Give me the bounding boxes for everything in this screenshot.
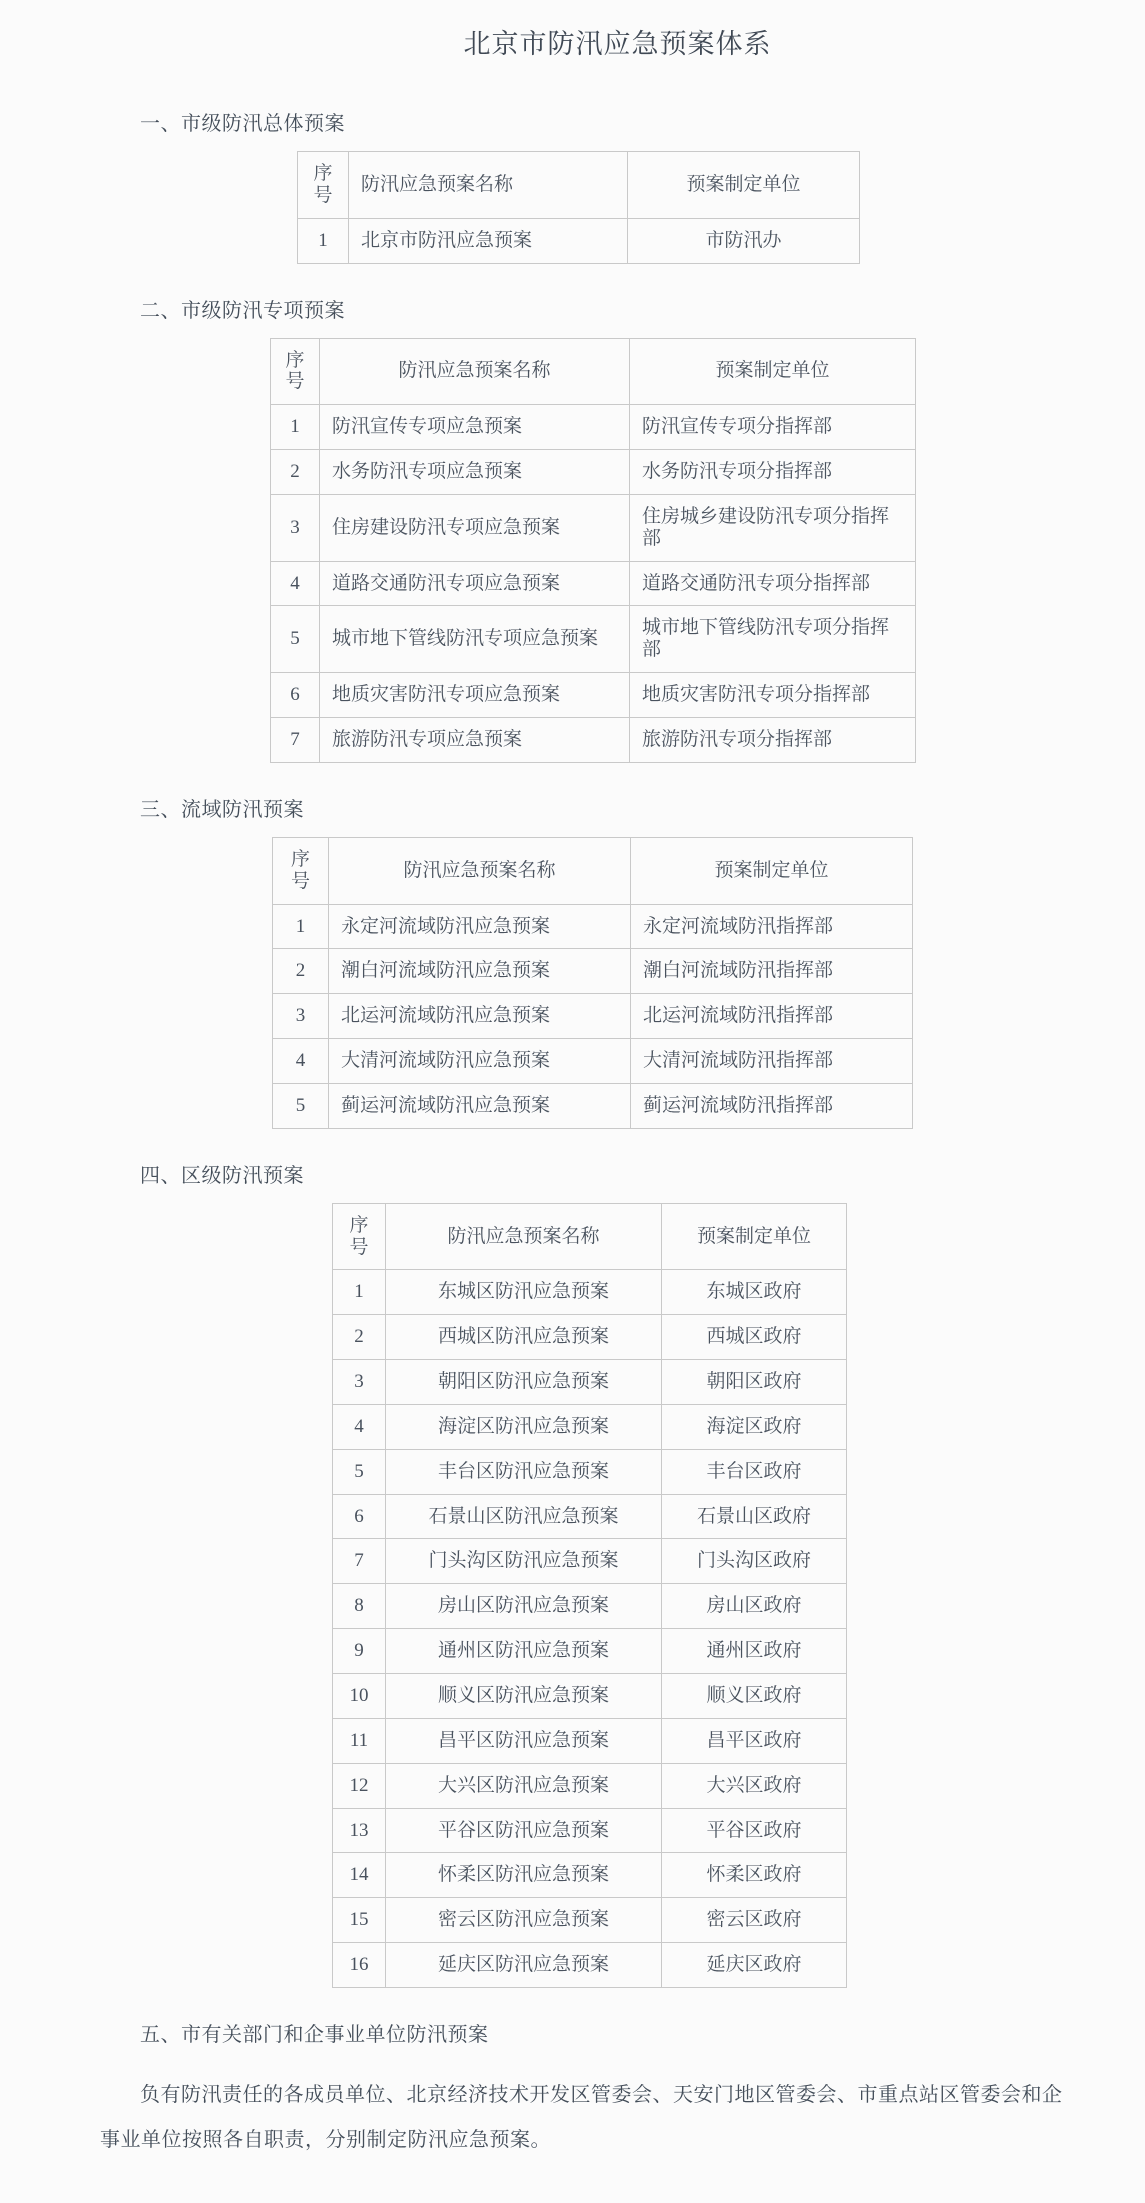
table-row: 3北运河流域防汛应急预案北运河流域防汛指挥部 <box>273 994 913 1039</box>
serial-number-cell: 11 <box>333 1718 386 1763</box>
section-heading-watershed: 三、流域防汛预案 <box>140 793 1095 822</box>
plan-name-cell: 大清河流域防汛应急预案 <box>329 1039 631 1084</box>
plan-name-cell: 城市地下管线防汛专项应急预案 <box>320 606 630 673</box>
table-row: 7门头沟区防汛应急预案门头沟区政府 <box>333 1539 847 1584</box>
issuing-unit-cell: 东城区政府 <box>662 1270 847 1315</box>
table-row: 15密云区防汛应急预案密云区政府 <box>333 1898 847 1943</box>
plan-name-cell: 密云区防汛应急预案 <box>386 1898 662 1943</box>
plan-name-cell: 昌平区防汛应急预案 <box>386 1718 662 1763</box>
serial-number-cell: 3 <box>273 994 329 1039</box>
issuing-unit-cell: 住房城乡建设防汛专项分指挥部 <box>630 494 916 561</box>
issuing-unit-cell: 大清河流域防汛指挥部 <box>631 1039 913 1084</box>
issuing-unit-cell: 潮白河流域防汛指挥部 <box>631 949 913 994</box>
table-row: 2潮白河流域防汛应急预案潮白河流域防汛指挥部 <box>273 949 913 994</box>
table-header-row: 序号防汛应急预案名称预案制定单位 <box>298 152 860 219</box>
watershed-plan-table: 序号防汛应急预案名称预案制定单位1永定河流域防汛应急预案永定河流域防汛指挥部2潮… <box>272 837 913 1129</box>
column-header-plan-name-cell: 防汛应急预案名称 <box>320 338 630 405</box>
table-row: 1北京市防汛应急预案市防汛办 <box>298 218 860 263</box>
plan-name-cell: 住房建设防汛专项应急预案 <box>320 494 630 561</box>
column-header-plan-name-cell: 防汛应急预案名称 <box>329 837 631 904</box>
plan-name-cell: 朝阳区防汛应急预案 <box>386 1360 662 1405</box>
plan-name-cell: 平谷区防汛应急预案 <box>386 1808 662 1853</box>
plan-name-cell: 门头沟区防汛应急预案 <box>386 1539 662 1584</box>
municipal-overall-plan-table: 序号防汛应急预案名称预案制定单位1北京市防汛应急预案市防汛办 <box>297 151 860 264</box>
table-row: 2西城区防汛应急预案西城区政府 <box>333 1315 847 1360</box>
municipal-special-plan-table: 序号防汛应急预案名称预案制定单位1防汛宣传专项应急预案防汛宣传专项分指挥部2水务… <box>270 338 916 763</box>
plan-name-cell: 房山区防汛应急预案 <box>386 1584 662 1629</box>
table-header-row: 序号防汛应急预案名称预案制定单位 <box>333 1203 847 1270</box>
serial-number-cell: 5 <box>273 1083 329 1128</box>
closing-paragraph: 负有防汛责任的各成员单位、北京经济技术开发区管委会、天安门地区管委会、市重点站区… <box>100 2073 1067 2163</box>
issuing-unit-cell: 道路交通防汛专项分指挥部 <box>630 561 916 606</box>
serial-number-cell: 2 <box>273 949 329 994</box>
serial-number-cell: 5 <box>333 1449 386 1494</box>
issuing-unit-cell: 水务防汛专项分指挥部 <box>630 450 916 495</box>
section-departments: 五、市有关部门和企事业单位防汛预案 负有防汛责任的各成员单位、北京经济技术开发区… <box>100 2018 1095 2163</box>
table-row: 16延庆区防汛应急预案延庆区政府 <box>333 1943 847 1988</box>
issuing-unit-cell: 丰台区政府 <box>662 1449 847 1494</box>
issuing-unit-cell: 朝阳区政府 <box>662 1360 847 1405</box>
section-heading-departments: 五、市有关部门和企事业单位防汛预案 <box>140 2018 1095 2047</box>
serial-number-cell: 1 <box>333 1270 386 1315</box>
issuing-unit-cell: 海淀区政府 <box>662 1404 847 1449</box>
table-row: 1防汛宣传专项应急预案防汛宣传专项分指挥部 <box>271 405 916 450</box>
issuing-unit-cell: 昌平区政府 <box>662 1718 847 1763</box>
serial-number-cell: 8 <box>333 1584 386 1629</box>
table-row: 1东城区防汛应急预案东城区政府 <box>333 1270 847 1315</box>
issuing-unit-cell: 门头沟区政府 <box>662 1539 847 1584</box>
serial-number-cell: 4 <box>273 1039 329 1084</box>
plan-name-cell: 怀柔区防汛应急预案 <box>386 1853 662 1898</box>
issuing-unit-cell: 房山区政府 <box>662 1584 847 1629</box>
serial-number-cell: 15 <box>333 1898 386 1943</box>
column-header-issuing-unit-cell: 预案制定单位 <box>631 837 913 904</box>
table-row: 3朝阳区防汛应急预案朝阳区政府 <box>333 1360 847 1405</box>
issuing-unit-cell: 通州区政府 <box>662 1629 847 1674</box>
plan-name-cell: 永定河流域防汛应急预案 <box>329 904 631 949</box>
issuing-unit-cell: 防汛宣传专项分指挥部 <box>630 405 916 450</box>
plan-name-cell: 蓟运河流域防汛应急预案 <box>329 1083 631 1128</box>
serial-number-cell: 3 <box>333 1360 386 1405</box>
column-header-serial-number-cell: 序号 <box>273 837 329 904</box>
table-row: 4海淀区防汛应急预案海淀区政府 <box>333 1404 847 1449</box>
plan-name-cell: 北运河流域防汛应急预案 <box>329 994 631 1039</box>
issuing-unit-cell: 石景山区政府 <box>662 1494 847 1539</box>
section-heading-municipal-overall: 一、市级防汛总体预案 <box>140 107 1095 136</box>
table-row: 3住房建设防汛专项应急预案住房城乡建设防汛专项分指挥部 <box>271 494 916 561</box>
table-row: 4大清河流域防汛应急预案大清河流域防汛指挥部 <box>273 1039 913 1084</box>
issuing-unit-cell: 蓟运河流域防汛指挥部 <box>631 1083 913 1128</box>
issuing-unit-cell: 城市地下管线防汛专项分指挥部 <box>630 606 916 673</box>
issuing-unit-cell: 平谷区政府 <box>662 1808 847 1853</box>
section-heading-municipal-special: 二、市级防汛专项预案 <box>140 294 1095 323</box>
plan-name-cell: 道路交通防汛专项应急预案 <box>320 561 630 606</box>
page-title: 北京市防汛应急预案体系 <box>140 22 1095 61</box>
plan-name-cell: 延庆区防汛应急预案 <box>386 1943 662 1988</box>
column-header-serial-number-cell: 序号 <box>298 152 349 219</box>
column-header-plan-name-cell: 防汛应急预案名称 <box>349 152 628 219</box>
table-row: 5蓟运河流域防汛应急预案蓟运河流域防汛指挥部 <box>273 1083 913 1128</box>
plan-name-cell: 顺义区防汛应急预案 <box>386 1674 662 1719</box>
plan-name-cell: 水务防汛专项应急预案 <box>320 450 630 495</box>
serial-number-cell: 12 <box>333 1763 386 1808</box>
column-header-plan-name-cell: 防汛应急预案名称 <box>386 1203 662 1270</box>
table-row: 4道路交通防汛专项应急预案道路交通防汛专项分指挥部 <box>271 561 916 606</box>
serial-number-cell: 10 <box>333 1674 386 1719</box>
issuing-unit-cell: 怀柔区政府 <box>662 1853 847 1898</box>
document-page: 北京市防汛应急预案体系 一、市级防汛总体预案 序号防汛应急预案名称预案制定单位1… <box>0 0 1145 2203</box>
issuing-unit-cell: 永定河流域防汛指挥部 <box>631 904 913 949</box>
serial-number-cell: 2 <box>271 450 320 495</box>
table-row: 9通州区防汛应急预案通州区政府 <box>333 1629 847 1674</box>
plan-name-cell: 防汛宣传专项应急预案 <box>320 405 630 450</box>
table-header-row: 序号防汛应急预案名称预案制定单位 <box>271 338 916 405</box>
table-row: 6地质灾害防汛专项应急预案地质灾害防汛专项分指挥部 <box>271 673 916 718</box>
plan-name-cell: 东城区防汛应急预案 <box>386 1270 662 1315</box>
section-municipal-overall: 一、市级防汛总体预案 序号防汛应急预案名称预案制定单位1北京市防汛应急预案市防汛… <box>100 107 1095 264</box>
section-district: 四、区级防汛预案 序号防汛应急预案名称预案制定单位1东城区防汛应急预案东城区政府… <box>100 1159 1095 1988</box>
district-plan-table: 序号防汛应急预案名称预案制定单位1东城区防汛应急预案东城区政府2西城区防汛应急预… <box>332 1203 847 1988</box>
serial-number-cell: 6 <box>271 673 320 718</box>
serial-number-cell: 1 <box>273 904 329 949</box>
serial-number-cell: 1 <box>271 405 320 450</box>
serial-number-cell: 14 <box>333 1853 386 1898</box>
issuing-unit-cell: 延庆区政府 <box>662 1943 847 1988</box>
issuing-unit-cell: 密云区政府 <box>662 1898 847 1943</box>
serial-number-cell: 6 <box>333 1494 386 1539</box>
column-header-serial-number-cell: 序号 <box>271 338 320 405</box>
table-row: 7旅游防汛专项应急预案旅游防汛专项分指挥部 <box>271 717 916 762</box>
plan-name-cell: 地质灾害防汛专项应急预案 <box>320 673 630 718</box>
table-row: 1永定河流域防汛应急预案永定河流域防汛指挥部 <box>273 904 913 949</box>
issuing-unit-cell: 市防汛办 <box>628 218 860 263</box>
serial-number-cell: 3 <box>271 494 320 561</box>
column-header-serial-number-cell: 序号 <box>333 1203 386 1270</box>
table-header-row: 序号防汛应急预案名称预案制定单位 <box>273 837 913 904</box>
serial-number-cell: 7 <box>271 717 320 762</box>
table-row: 8房山区防汛应急预案房山区政府 <box>333 1584 847 1629</box>
plan-name-cell: 石景山区防汛应急预案 <box>386 1494 662 1539</box>
serial-number-cell: 5 <box>271 606 320 673</box>
plan-name-cell: 海淀区防汛应急预案 <box>386 1404 662 1449</box>
table-row: 11昌平区防汛应急预案昌平区政府 <box>333 1718 847 1763</box>
table-row: 5丰台区防汛应急预案丰台区政府 <box>333 1449 847 1494</box>
serial-number-cell: 1 <box>298 218 349 263</box>
issuing-unit-cell: 顺义区政府 <box>662 1674 847 1719</box>
table-row: 12大兴区防汛应急预案大兴区政府 <box>333 1763 847 1808</box>
section-heading-district: 四、区级防汛预案 <box>140 1159 1095 1188</box>
table-row: 14怀柔区防汛应急预案怀柔区政府 <box>333 1853 847 1898</box>
issuing-unit-cell: 地质灾害防汛专项分指挥部 <box>630 673 916 718</box>
table-row: 13平谷区防汛应急预案平谷区政府 <box>333 1808 847 1853</box>
plan-name-cell: 通州区防汛应急预案 <box>386 1629 662 1674</box>
table-row: 10顺义区防汛应急预案顺义区政府 <box>333 1674 847 1719</box>
section-municipal-special: 二、市级防汛专项预案 序号防汛应急预案名称预案制定单位1防汛宣传专项应急预案防汛… <box>100 294 1095 763</box>
issuing-unit-cell: 大兴区政府 <box>662 1763 847 1808</box>
serial-number-cell: 13 <box>333 1808 386 1853</box>
column-header-issuing-unit-cell: 预案制定单位 <box>630 338 916 405</box>
column-header-issuing-unit-cell: 预案制定单位 <box>662 1203 847 1270</box>
serial-number-cell: 4 <box>271 561 320 606</box>
serial-number-cell: 16 <box>333 1943 386 1988</box>
serial-number-cell: 7 <box>333 1539 386 1584</box>
table-row: 2水务防汛专项应急预案水务防汛专项分指挥部 <box>271 450 916 495</box>
issuing-unit-cell: 北运河流域防汛指挥部 <box>631 994 913 1039</box>
issuing-unit-cell: 旅游防汛专项分指挥部 <box>630 717 916 762</box>
serial-number-cell: 9 <box>333 1629 386 1674</box>
section-watershed: 三、流域防汛预案 序号防汛应急预案名称预案制定单位1永定河流域防汛应急预案永定河… <box>100 793 1095 1129</box>
plan-name-cell: 丰台区防汛应急预案 <box>386 1449 662 1494</box>
serial-number-cell: 2 <box>333 1315 386 1360</box>
plan-name-cell: 北京市防汛应急预案 <box>349 218 628 263</box>
serial-number-cell: 4 <box>333 1404 386 1449</box>
plan-name-cell: 潮白河流域防汛应急预案 <box>329 949 631 994</box>
plan-name-cell: 旅游防汛专项应急预案 <box>320 717 630 762</box>
issuing-unit-cell: 西城区政府 <box>662 1315 847 1360</box>
table-row: 5城市地下管线防汛专项应急预案城市地下管线防汛专项分指挥部 <box>271 606 916 673</box>
plan-name-cell: 大兴区防汛应急预案 <box>386 1763 662 1808</box>
table-row: 6石景山区防汛应急预案石景山区政府 <box>333 1494 847 1539</box>
column-header-issuing-unit-cell: 预案制定单位 <box>628 152 860 219</box>
plan-name-cell: 西城区防汛应急预案 <box>386 1315 662 1360</box>
